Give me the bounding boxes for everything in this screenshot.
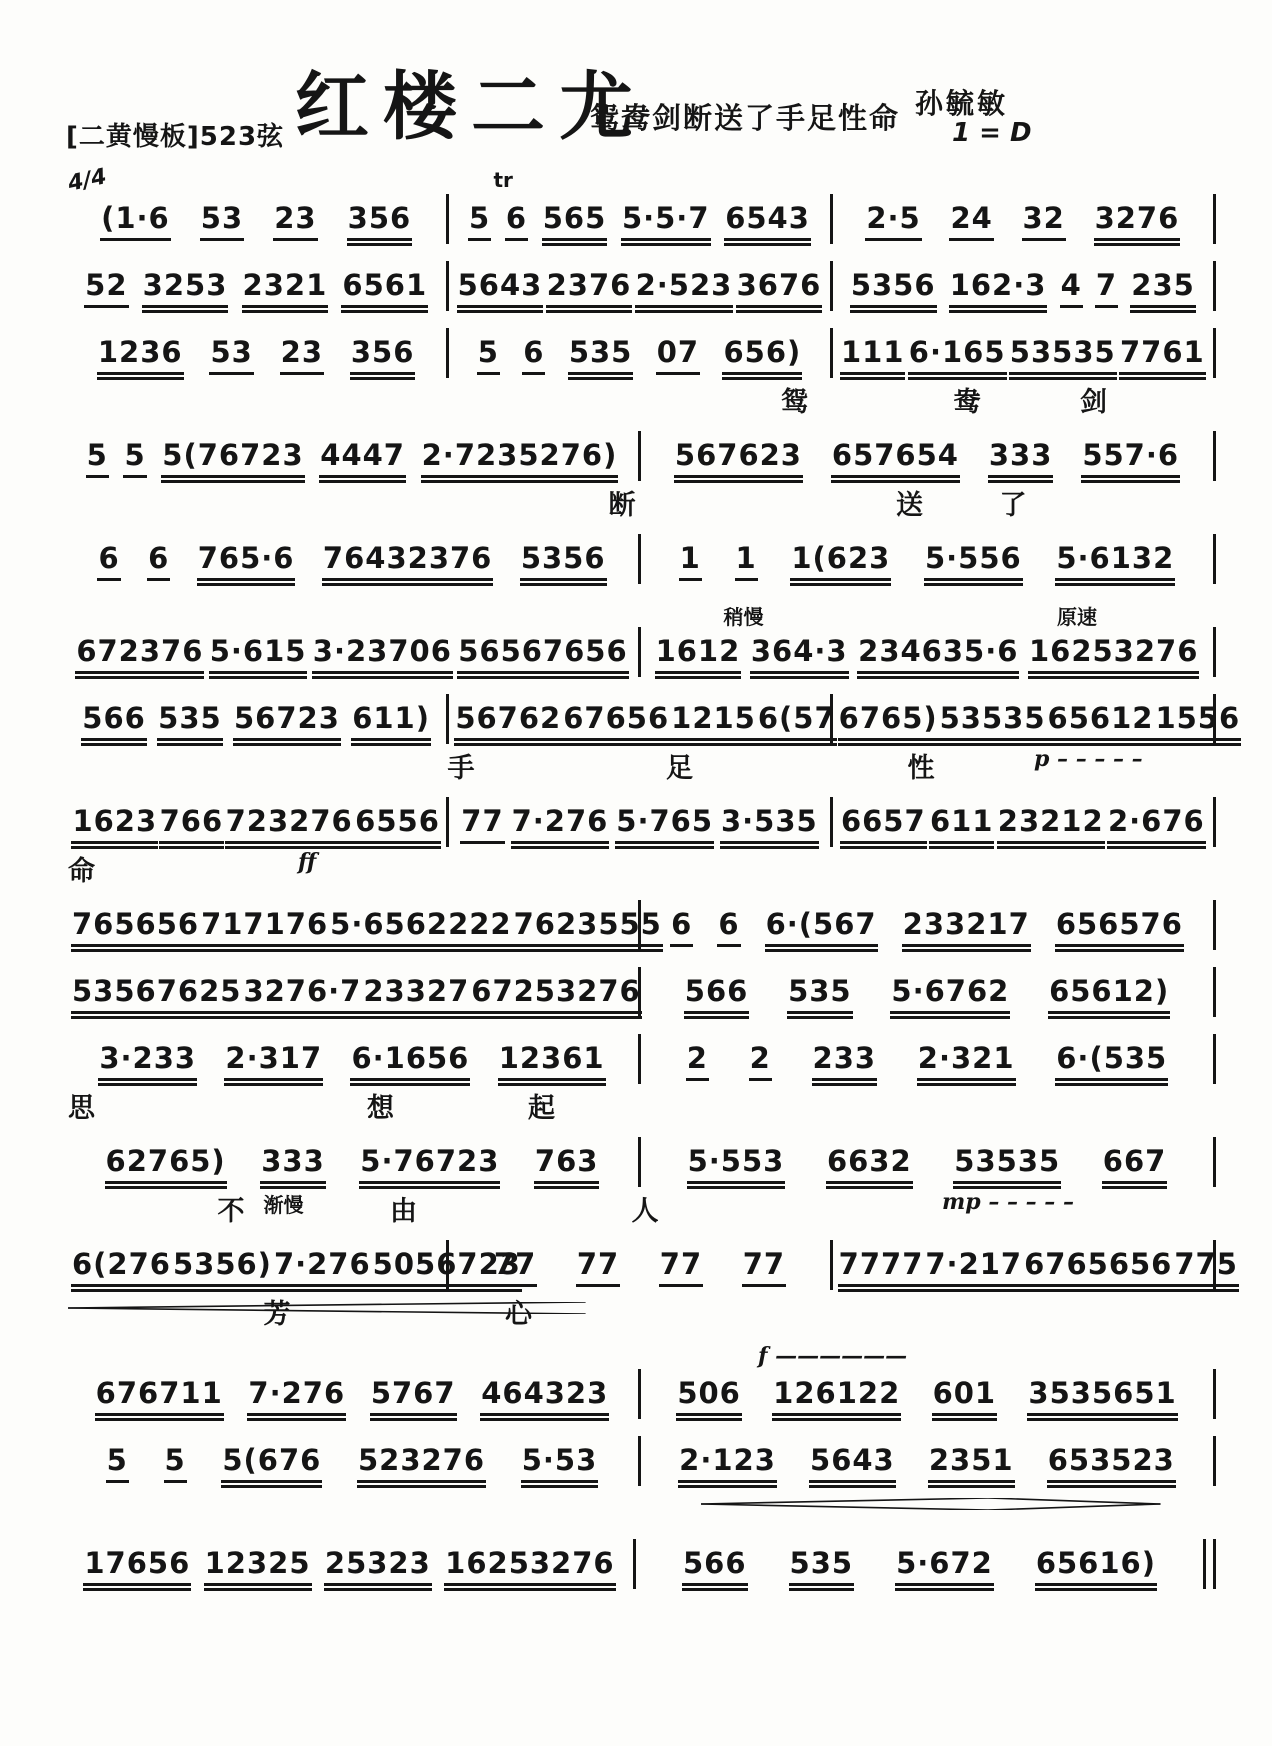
note-group: 2·7235276) xyxy=(421,438,619,483)
note-group: 5·6762 xyxy=(890,974,1010,1019)
note-digits: 62765) xyxy=(105,1144,227,1184)
note-group: 67656 xyxy=(562,701,670,746)
barline xyxy=(638,1137,641,1187)
note-digits: 5 xyxy=(164,1443,187,1483)
note-digits: 24 xyxy=(949,201,993,241)
note-group: 2·123 xyxy=(678,1443,777,1488)
note-digits: 5·556 xyxy=(924,541,1023,581)
note-digits: 4447 xyxy=(319,438,406,478)
note-digits: 6632 xyxy=(826,1144,913,1184)
note-group: 16253276 xyxy=(1028,634,1199,679)
note-group: 1 xyxy=(679,541,702,586)
note-group: 333 xyxy=(988,438,1054,483)
score-line: 6(2765356)7·27650567237777777777777·2176… xyxy=(68,1240,1218,1328)
note-group: 7777 xyxy=(838,1247,925,1292)
note-group: 5·672 xyxy=(895,1546,994,1591)
note-group: 5(676 xyxy=(221,1443,322,1488)
note-digits: 535 xyxy=(568,335,634,375)
note-digits: 5356 xyxy=(520,541,607,581)
note-group: 672376 xyxy=(75,634,204,679)
notes-row: 176561232525323162532765665355·67265616) xyxy=(68,1539,1218,1591)
note-digits: 356 xyxy=(347,201,413,241)
measure: 5653507656) xyxy=(451,335,827,380)
note-digits: 506 xyxy=(676,1376,742,1416)
note-digits: 5 xyxy=(123,438,146,478)
note-group: 16253276 xyxy=(444,1546,615,1591)
note-group: 5·556 xyxy=(924,541,1023,586)
note-digits: 6 xyxy=(522,335,545,375)
note-digits: 3·233 xyxy=(98,1041,197,1081)
note-digits: 12325 xyxy=(204,1546,312,1586)
note-digits: 17656 xyxy=(83,1546,191,1586)
note-group: 7 xyxy=(1095,268,1118,313)
note-digits: 566 xyxy=(684,974,750,1014)
notes-row: 66765·6764323765356111(6235·5565·6132 xyxy=(68,534,1218,586)
lyric-char: 性 xyxy=(908,746,935,785)
note-digits: 12361 xyxy=(498,1041,606,1081)
score-line: 3·2332·3176·165612361222332·3216·(535思想起 xyxy=(68,1034,1218,1122)
note-group: 77 xyxy=(493,1247,537,1292)
note-digits: 3276·7 xyxy=(242,974,362,1014)
note-group: 535 xyxy=(568,335,634,380)
note-group: 565 xyxy=(542,201,608,246)
annotation-row: 鸳鸯剑 xyxy=(68,380,1218,416)
decrescendo-hairpin-icon xyxy=(988,1498,1161,1510)
note-group: 5643 xyxy=(809,1443,896,1488)
note-group: 56723 xyxy=(233,701,341,746)
measure: 5665355·676265612) xyxy=(643,974,1211,1019)
note-digits: 601 xyxy=(932,1376,998,1416)
barline xyxy=(1213,1369,1216,1419)
barline xyxy=(830,694,833,744)
measure: 56653556723611) xyxy=(68,701,444,746)
note-digits: 233 xyxy=(812,1041,878,1081)
measure: 7656567171765·65622227623555 xyxy=(68,907,636,952)
note-digits: 1236 xyxy=(97,335,184,375)
note-group: 6·165 xyxy=(908,335,1007,380)
note-group: 6(276 xyxy=(71,1247,172,1292)
note-group: 5·53 xyxy=(521,1443,599,1488)
note-digits: 5·765 xyxy=(615,804,714,844)
note-group: 234635·6 xyxy=(857,634,1019,679)
note-digits: 67253276 xyxy=(470,974,641,1014)
notes-row: 6723765·6153·23706565676561612364·323463… xyxy=(68,627,1218,679)
barline xyxy=(638,1034,641,1084)
note-group: 53567625 xyxy=(71,974,242,1019)
barline xyxy=(638,431,641,481)
note-digits: 535 xyxy=(157,701,223,741)
note-group: 2321 xyxy=(242,268,329,313)
score-line: 62765)3335·767237635·553663253535667不渐慢由… xyxy=(68,1137,1218,1225)
note-group: 5·765 xyxy=(615,804,714,849)
note-group: 5 xyxy=(106,1443,129,1488)
notes-row: 62765)3335·767237635·553663253535667 xyxy=(68,1137,1218,1189)
measure: 567626765612156(57 xyxy=(451,701,827,746)
note-digits: 672376 xyxy=(75,634,204,674)
note-digits: 5·53 xyxy=(521,1443,599,1483)
note-digits: 6 xyxy=(717,907,740,947)
note-digits: 16253276 xyxy=(444,1546,615,1586)
note-digits: 77 xyxy=(742,1247,786,1287)
note-group: 657654 xyxy=(831,438,960,483)
note-group: 65612 xyxy=(1047,701,1155,746)
barline xyxy=(830,328,833,378)
annotation-row: 手足性p – – – – – xyxy=(68,746,1218,782)
note-digits: 7761 xyxy=(1119,335,1206,375)
note-digits: 6 xyxy=(147,541,170,581)
note-group: 5356) xyxy=(172,1247,273,1292)
note-digits: 77 xyxy=(576,1247,620,1287)
note-group: 12325 xyxy=(204,1546,312,1591)
note-digits: 77 xyxy=(659,1247,703,1287)
annotation-row: 断送了 xyxy=(68,483,1218,519)
note-digits: 535 xyxy=(787,974,853,1014)
note-group: 5356 xyxy=(850,268,937,313)
barline xyxy=(638,627,641,677)
note-group: 653523 xyxy=(1047,1443,1176,1488)
note-digits: 3535651 xyxy=(1027,1376,1177,1416)
annotation-row xyxy=(68,1488,1218,1524)
note-group: 6 xyxy=(522,335,545,380)
barline xyxy=(638,534,641,584)
note-group: 1556 xyxy=(1154,701,1241,746)
note-digits: 3253 xyxy=(142,268,229,308)
note-group: 5356 xyxy=(520,541,607,586)
notes-row: 555(7672344472·7235276)56762365765433355… xyxy=(68,431,1218,483)
note-digits: 333 xyxy=(260,1144,326,1184)
measure: 12365323356 xyxy=(68,335,444,380)
note-group: 3·535 xyxy=(720,804,819,849)
note-group: 3676 xyxy=(736,268,823,313)
note-digits: 1(623 xyxy=(790,541,891,581)
lyric-char: 不 xyxy=(218,1189,245,1228)
note-group: 233217 xyxy=(902,907,1031,952)
note-digits: 07 xyxy=(656,335,700,375)
note-digits: 7·217 xyxy=(924,1247,1023,1287)
note-group: 676711 xyxy=(95,1376,224,1421)
note-digits: 5643 xyxy=(457,268,544,308)
note-group: 1 xyxy=(735,541,758,586)
note-digits: 333 xyxy=(988,438,1054,478)
note-digits: 763 xyxy=(534,1144,600,1184)
note-digits: 5·5·7 xyxy=(621,201,711,241)
annotation-row: f —————— xyxy=(68,1343,1218,1369)
note-group: 62765) xyxy=(105,1144,227,1189)
note-digits: 6765656 xyxy=(1023,1247,1173,1287)
note-digits: 25323 xyxy=(324,1546,432,1586)
note-group: 567623 xyxy=(674,438,803,483)
lyric-char: 手 xyxy=(448,746,475,785)
barline xyxy=(1213,694,1216,744)
note-digits: 5 xyxy=(106,1443,129,1483)
note-digits: 5 xyxy=(86,438,109,478)
measure: 5061261226013535651 xyxy=(643,1376,1211,1421)
note-group: 53 xyxy=(200,201,244,246)
lyric-char: 了 xyxy=(1000,483,1027,522)
dynamic-mark: p – – – – – xyxy=(1034,746,1143,772)
time-signature: 4/4 xyxy=(66,164,109,196)
note-digits: 2351 xyxy=(928,1443,1015,1483)
note-group: 6657 xyxy=(840,804,927,849)
score-line: 4/4tr(1·65323356565655·5·765432·52432327… xyxy=(68,168,1218,246)
note-group: 611 xyxy=(929,804,995,849)
note-group: 67253276 xyxy=(470,974,641,1019)
note-digits: 5·6762 xyxy=(890,974,1010,1014)
note-digits: 23212 xyxy=(997,804,1105,844)
note-group: 6(57 xyxy=(757,701,837,746)
score-line: 535676253276·723327672532765665355·67626… xyxy=(68,967,1218,1019)
note-digits: 6561 xyxy=(341,268,428,308)
note-group: 2·321 xyxy=(917,1041,1016,1086)
note-digits: 65616) xyxy=(1035,1546,1157,1586)
measure: (1·65323356 xyxy=(68,201,444,246)
barline xyxy=(1213,1034,1216,1084)
barline xyxy=(446,797,449,847)
note-digits: 5·615 xyxy=(209,634,308,674)
tempo-mark: tr xyxy=(494,168,513,192)
note-group: 766 xyxy=(159,804,225,849)
note-group: 56762 xyxy=(454,701,562,746)
dynamic-mark: f —————— xyxy=(758,1343,907,1369)
note-group: 3253 xyxy=(142,268,229,313)
note-digits: 765·6 xyxy=(197,541,296,581)
measure: 555(7672344472·7235276) xyxy=(68,438,636,483)
note-digits: 2·523 xyxy=(635,268,734,308)
note-digits: 765656 xyxy=(71,907,200,947)
note-digits: 77 xyxy=(493,1247,537,1287)
note-group: 76432376 xyxy=(322,541,493,586)
barline xyxy=(1213,1137,1216,1187)
note-digits: 111 xyxy=(840,335,906,375)
note-group: 2·523 xyxy=(635,268,734,313)
note-digits: 2·7235276) xyxy=(421,438,619,478)
lyric-char: 思 xyxy=(68,1086,95,1125)
lyric-char: 起 xyxy=(528,1086,555,1125)
barline xyxy=(446,261,449,311)
note-group: 5·6562222 xyxy=(329,907,512,952)
note-group: 6556 xyxy=(354,804,441,849)
note-group: 17656 xyxy=(83,1546,191,1591)
measure: 3·2332·3176·165612361 xyxy=(68,1041,636,1086)
barline xyxy=(830,1240,833,1290)
note-digits: 717176 xyxy=(200,907,329,947)
tempo-mark: 渐慢 xyxy=(264,1189,304,1218)
note-digits: 32 xyxy=(1022,201,1066,241)
note-group: 6 xyxy=(147,541,170,586)
note-digits: 5·553 xyxy=(687,1144,786,1184)
notes-row: 56653556723611)567626765612156(576765)53… xyxy=(68,694,1218,746)
score-line: 66765·6764323765356111(6235·5565·6132 xyxy=(68,534,1218,586)
notes-row: (1·65323356565655·5·765432·524323276 xyxy=(68,194,1218,246)
note-digits: 5 xyxy=(477,335,500,375)
note-group: 364·3 xyxy=(750,634,849,679)
barline xyxy=(633,1539,636,1589)
note-group: 5 xyxy=(468,201,491,246)
note-group: 765656 xyxy=(71,907,200,952)
note-group: 23 xyxy=(280,335,324,380)
annotation-row: 芳心 xyxy=(68,1292,1218,1328)
note-group: 506 xyxy=(676,1376,742,1421)
note-digits: 7·276 xyxy=(247,1376,346,1416)
annotation-row: 不渐慢由人mp – – – – – xyxy=(68,1189,1218,1225)
note-digits: 657654 xyxy=(831,438,960,478)
note-digits: 234635·6 xyxy=(857,634,1019,674)
score-line: 16237667232766556777·2765·7653·535665761… xyxy=(68,797,1218,885)
barline xyxy=(1213,797,1216,847)
note-group: 6 xyxy=(717,907,740,952)
note-group: 2·5 xyxy=(865,201,921,246)
barline xyxy=(1213,627,1216,677)
note-group: 2·317 xyxy=(224,1041,323,1086)
measure: 1116·165535357761 xyxy=(835,335,1211,380)
note-group: 77 xyxy=(576,1247,620,1292)
note-group: 2 xyxy=(749,1041,772,1086)
note-group: 65612) xyxy=(1048,974,1170,1019)
note-group: 535 xyxy=(157,701,223,746)
score-line: 555(7672344472·7235276)56762365765433355… xyxy=(68,431,1218,519)
note-digits: 67656 xyxy=(562,701,670,741)
note-digits: 5767 xyxy=(370,1376,457,1416)
note-group: 53535 xyxy=(939,701,1047,746)
note-group: 6·1656 xyxy=(350,1041,470,1086)
annotation-row: 4/4tr xyxy=(68,168,1218,194)
barline xyxy=(1213,900,1216,950)
note-group: 1215 xyxy=(670,701,757,746)
barline xyxy=(638,900,641,950)
note-digits: 535 xyxy=(789,1546,855,1586)
note-digits: 5 xyxy=(468,201,491,241)
note-digits: 356 xyxy=(350,335,416,375)
note-group: 601 xyxy=(932,1376,998,1421)
note-group: 53535 xyxy=(1009,335,1117,380)
note-group: 6·(567 xyxy=(765,907,878,952)
note-digits: 653523 xyxy=(1047,1443,1176,1483)
measure: 6765)53535656121556 xyxy=(835,701,1211,746)
note-group: 535 xyxy=(787,974,853,1019)
note-digits: 65612) xyxy=(1048,974,1170,1014)
note-digits: 2 xyxy=(686,1041,709,1081)
note-group: 12361 xyxy=(498,1041,606,1086)
barline xyxy=(1213,1436,1216,1486)
score-line: 7656567171765·65622227623555666·(5672332… xyxy=(68,900,1218,952)
note-group: 32 xyxy=(1022,201,1066,246)
note-group: 6561 xyxy=(341,268,428,313)
note-group: 6 xyxy=(670,907,693,952)
barline xyxy=(1213,534,1216,584)
note-digits: 656576 xyxy=(1055,907,1184,947)
note-digits: 2376 xyxy=(546,268,633,308)
note-group: 3535651 xyxy=(1027,1376,1177,1421)
measure: 6723765·6153·2370656567656 xyxy=(68,634,636,679)
annotation-row: 稍慢原速 xyxy=(68,601,1218,627)
note-digits: 2·123 xyxy=(678,1443,777,1483)
note-group: 5·5·7 xyxy=(621,201,711,246)
note-group: 356 xyxy=(350,335,416,380)
note-digits: 5(676 xyxy=(221,1443,322,1483)
barline xyxy=(1213,1240,1216,1290)
note-digits: 53 xyxy=(209,335,253,375)
notes-row: 555(6765232765·532·12356432351653523 xyxy=(68,1436,1218,1488)
dynamic-mark: ff xyxy=(298,849,316,875)
note-group: 6765) xyxy=(838,701,939,746)
note-group: 65616) xyxy=(1035,1546,1157,1591)
note-digits: 676711 xyxy=(95,1376,224,1416)
note-group: 2·676 xyxy=(1107,804,1206,849)
score-line: 56653556723611)567626765612156(576765)53… xyxy=(68,694,1218,782)
note-digits: 5356 xyxy=(850,268,937,308)
note-group: 126122 xyxy=(772,1376,901,1421)
note-group: 656576 xyxy=(1055,907,1184,952)
crescendo-hairpin-icon xyxy=(68,1302,586,1314)
note-group: 77 xyxy=(460,804,504,849)
notes-row: 6767117·27657674643235061261226013535651 xyxy=(68,1369,1218,1421)
note-digits: 4 xyxy=(1060,268,1083,308)
note-group: 1612 xyxy=(655,634,742,679)
measure: 222332·3216·(535 xyxy=(643,1041,1211,1086)
note-group: 6 xyxy=(505,201,528,246)
note-digits: 6(57 xyxy=(757,701,837,741)
lyric-char: 剑 xyxy=(1080,380,1107,419)
note-group: 6765656 xyxy=(1023,1247,1173,1292)
note-digits: 56567656 xyxy=(457,634,628,674)
lyric-char: 鸳 xyxy=(781,380,808,419)
lyric-char: 人 xyxy=(632,1189,659,1228)
note-group: 5·6132 xyxy=(1055,541,1175,586)
measure: 111(6235·5565·6132 xyxy=(643,541,1211,586)
barline xyxy=(1213,328,1216,378)
note-digits: 3·23706 xyxy=(312,634,453,674)
barline xyxy=(830,194,833,244)
note-group: 775 xyxy=(1173,1247,1239,1292)
note-digits: 56762 xyxy=(454,701,562,741)
measure: 5665355·67265616) xyxy=(638,1546,1201,1591)
note-group: 7·276 xyxy=(511,804,610,849)
barline xyxy=(830,797,833,847)
note-group: 56567656 xyxy=(457,634,628,679)
note-group: 763 xyxy=(534,1144,600,1189)
lyric-char: 命 xyxy=(68,849,95,888)
barline xyxy=(638,1436,641,1486)
tempo-mark: 原速 xyxy=(1057,601,1097,630)
note-group: 6543 xyxy=(724,201,811,246)
note-digits: 65612 xyxy=(1047,701,1155,741)
note-digits: 5·76723 xyxy=(359,1144,500,1184)
note-digits: 1215 xyxy=(670,701,757,741)
measure: 777·2765·7653·535 xyxy=(451,804,827,849)
note-digits: 611 xyxy=(929,804,995,844)
score-line: 稍慢原速6723765·6153·23706565676561612364·32… xyxy=(68,601,1218,679)
note-group: 535 xyxy=(789,1546,855,1591)
note-group: 3276·7 xyxy=(242,974,362,1019)
note-digits: 5·672 xyxy=(895,1546,994,1586)
barline xyxy=(638,1369,641,1419)
lyric-char: 足 xyxy=(666,746,693,785)
note-group: 23212 xyxy=(997,804,1105,849)
note-digits: 364·3 xyxy=(750,634,849,674)
note-digits: 6543 xyxy=(724,201,811,241)
note-digits: 126122 xyxy=(772,1376,901,1416)
score-line: f ——————6767117·276576746432350612612260… xyxy=(68,1343,1218,1421)
annotation-row: 思想起 xyxy=(68,1086,1218,1122)
note-group: 333 xyxy=(260,1144,326,1189)
measure: 1612364·3234635·616253276 xyxy=(643,634,1211,679)
note-group: 23327 xyxy=(362,974,470,1019)
note-group: 717176 xyxy=(200,907,329,952)
note-group: 23 xyxy=(273,201,317,246)
note-group: 464323 xyxy=(480,1376,609,1421)
note-digits: 7·276 xyxy=(511,804,610,844)
note-digits: 5·6132 xyxy=(1055,541,1175,581)
